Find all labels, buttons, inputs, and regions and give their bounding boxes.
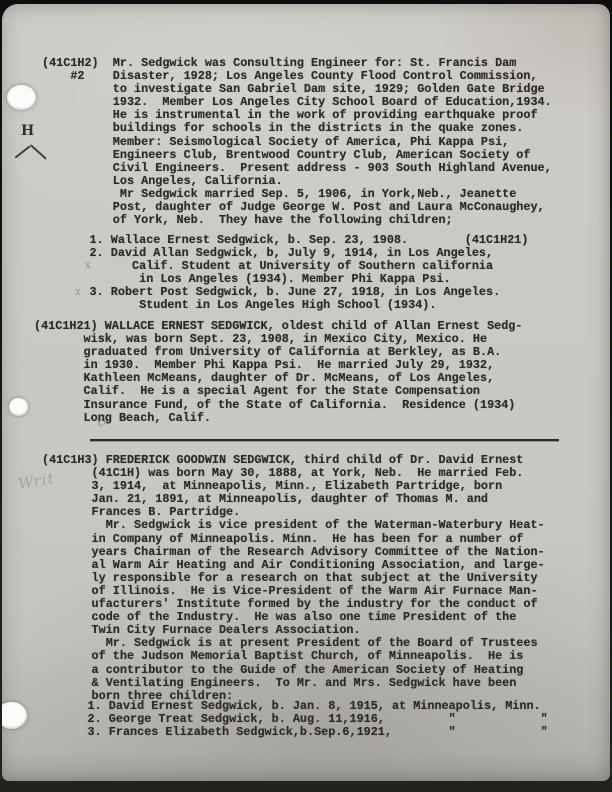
typed-divider-rule — [90, 439, 559, 441]
scanned-document: { "page": { "paper_color": "#cac8c3", "i… — [0, 0, 612, 792]
pencil-slash-mark — [15, 145, 31, 158]
hole-punch-middle — [9, 398, 28, 416]
typed-section-41c1h2: (41C1H2) Mr. Sedgwick was Consulting Eng… — [42, 57, 552, 227]
hole-punch-top — [7, 85, 36, 110]
children-list-1: 1. Wallace Ernest Sedgwick, b. Sep. 23, … — [40, 234, 528, 313]
hole-punch-bottom — [2, 702, 27, 729]
typed-section-41c1h3: (41C1H3) FREDERICK GOODWIN SEDGWICK, thi… — [42, 454, 545, 703]
typed-section-41c1h21: (41C1H21) WALLACE ERNEST SEDGWICK, oldes… — [34, 320, 522, 425]
paper-sheet: H Writ x x 6 (41C1H2) Mr. Sedgwick was C… — [2, 4, 610, 781]
margin-letter-h: H — [21, 123, 34, 139]
children-list-2: 1. David Ernest Sedgwick, b. Jan. 8, 191… — [38, 700, 548, 739]
